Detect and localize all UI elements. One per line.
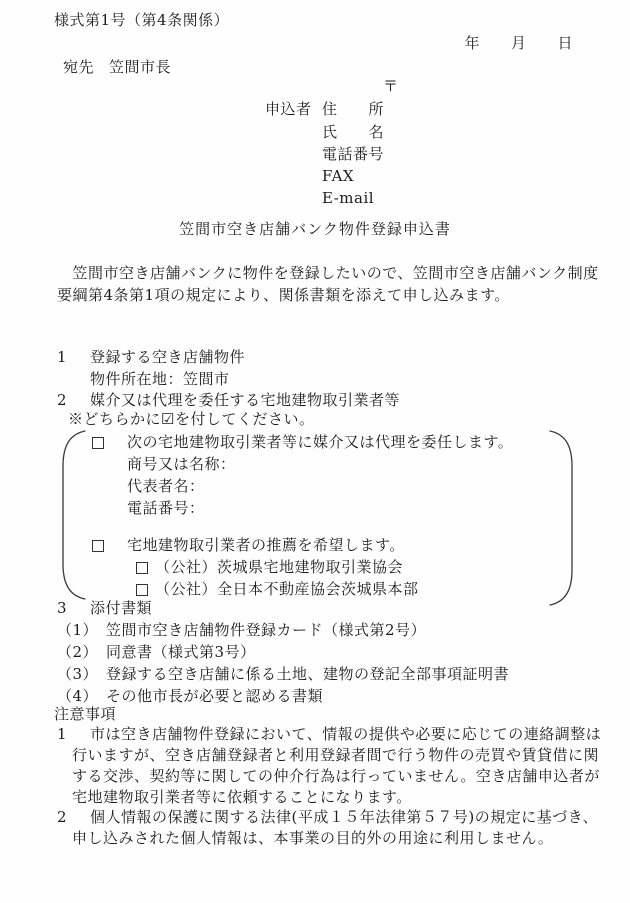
note1-line-2: 行いますが、空き店舗登録者と利用登録者間で行う物件の売買や賃貸借に関 [72,748,599,763]
section3-heading: 添付書類 [90,601,152,616]
property-location-line: 物件所在地：笠間市 [90,372,230,387]
note2-line-1: 個人情報の保護に関する法律(平成１５年法律第５７号)の規定に基づき、 [90,810,598,825]
attachment-item-4: （4） その他市長が必要と認める書類 [57,689,323,704]
section2-number: 2 [57,393,67,408]
note1-number: 1 [57,727,67,742]
left-bracket [62,430,86,600]
form-number: 様式第1号（第4条関係） [54,13,229,28]
section1-heading: 登録する空き店舗物件 [90,350,245,365]
note2-line-2: 申し込みされた個人情報は、本事業の目的外の用途に利用しません。 [72,831,553,846]
attachment-item-1: （1） 笠間市空き店舗物件登録カード（様式第2号） [57,623,426,638]
note1-line-3: する交渉、契約等に関しての仲介行為は行っていません。空き店舗申込者が [72,769,600,784]
attachment-item-2: （2） 同意書（様式第3号） [57,645,256,660]
recommend-choice-2: （公社）全日本不動産協会茨城県本部 [155,582,419,597]
delegate-phone-label: 電話番号： [127,501,205,516]
body-paragraph-line-2: 要綱第4条第1項の規定により、関係書類を添えて申し込みます。 [57,288,510,303]
application-form-page: 様式第1号（第4条関係） 年 月 日 宛先笠間市長 〒 申込者 住 所 氏 名 … [0,0,630,903]
addressee-name: 笠間市長 [109,58,171,76]
applicant-name-label: 氏 名 [322,125,384,140]
recommend-choice-1: （公社）茨城県宅地建物取引業協会 [155,560,403,575]
form-title: 笠間市空き店舗バンク物件登録申込書 [0,222,630,237]
right-bracket [549,430,573,606]
applicant-phone-label: 電話番号 [322,147,384,162]
checkbox-ibaraki-takken-association[interactable] [136,562,148,574]
addressee-label: 宛先 [63,58,94,76]
date-line: 年 月 日 [464,36,573,51]
section3-number: 3 [57,601,67,616]
attachment-item-3: （3） 登録する空き店舗に係る土地、建物の登記全部事項証明書 [57,667,509,682]
section2-heading: 媒介又は代理を委任する宅地建物取引業者等 [90,393,400,408]
applicant-fax-label: FAX [322,169,354,184]
body-paragraph-line-1: 笠間市空き店舗バンクに物件を登録したいので、笠間市空き店舗バンク制度 [57,266,599,281]
section1-number: 1 [57,350,67,365]
checkbox-recommend[interactable] [92,540,104,552]
note1-line-1: 市は空き店舗物件登録において、情報の提供や必要に応じての連絡調整は [90,727,601,742]
notes-heading: 注意事項 [54,707,116,722]
addressee-line: 宛先笠間市長 [63,60,171,75]
check-instruction: ※どちらかに☑を付してください。 [68,412,314,427]
checkbox-delegate[interactable] [92,437,104,449]
note2-number: 2 [57,810,67,825]
option-recommend-label: 宅地建物取引業者の推薦を希望します。 [127,538,405,553]
note1-line-4: 宅地建物取引業者等に依頼することになります。 [72,790,412,805]
applicant-email-label: E-mail [322,191,374,206]
applicant-label: 申込者 [265,102,312,117]
option-delegate-label: 次の宅地建物取引業者等に媒介又は代理を委任します。 [127,435,513,450]
representative-label: 代表者名： [127,479,205,494]
trade-name-label: 商号又は名称： [127,457,236,472]
postal-mark-icon: 〒 [383,79,399,94]
applicant-address-label: 住 所 [322,102,384,117]
checkbox-zennichi-ibaraki[interactable] [136,584,148,596]
